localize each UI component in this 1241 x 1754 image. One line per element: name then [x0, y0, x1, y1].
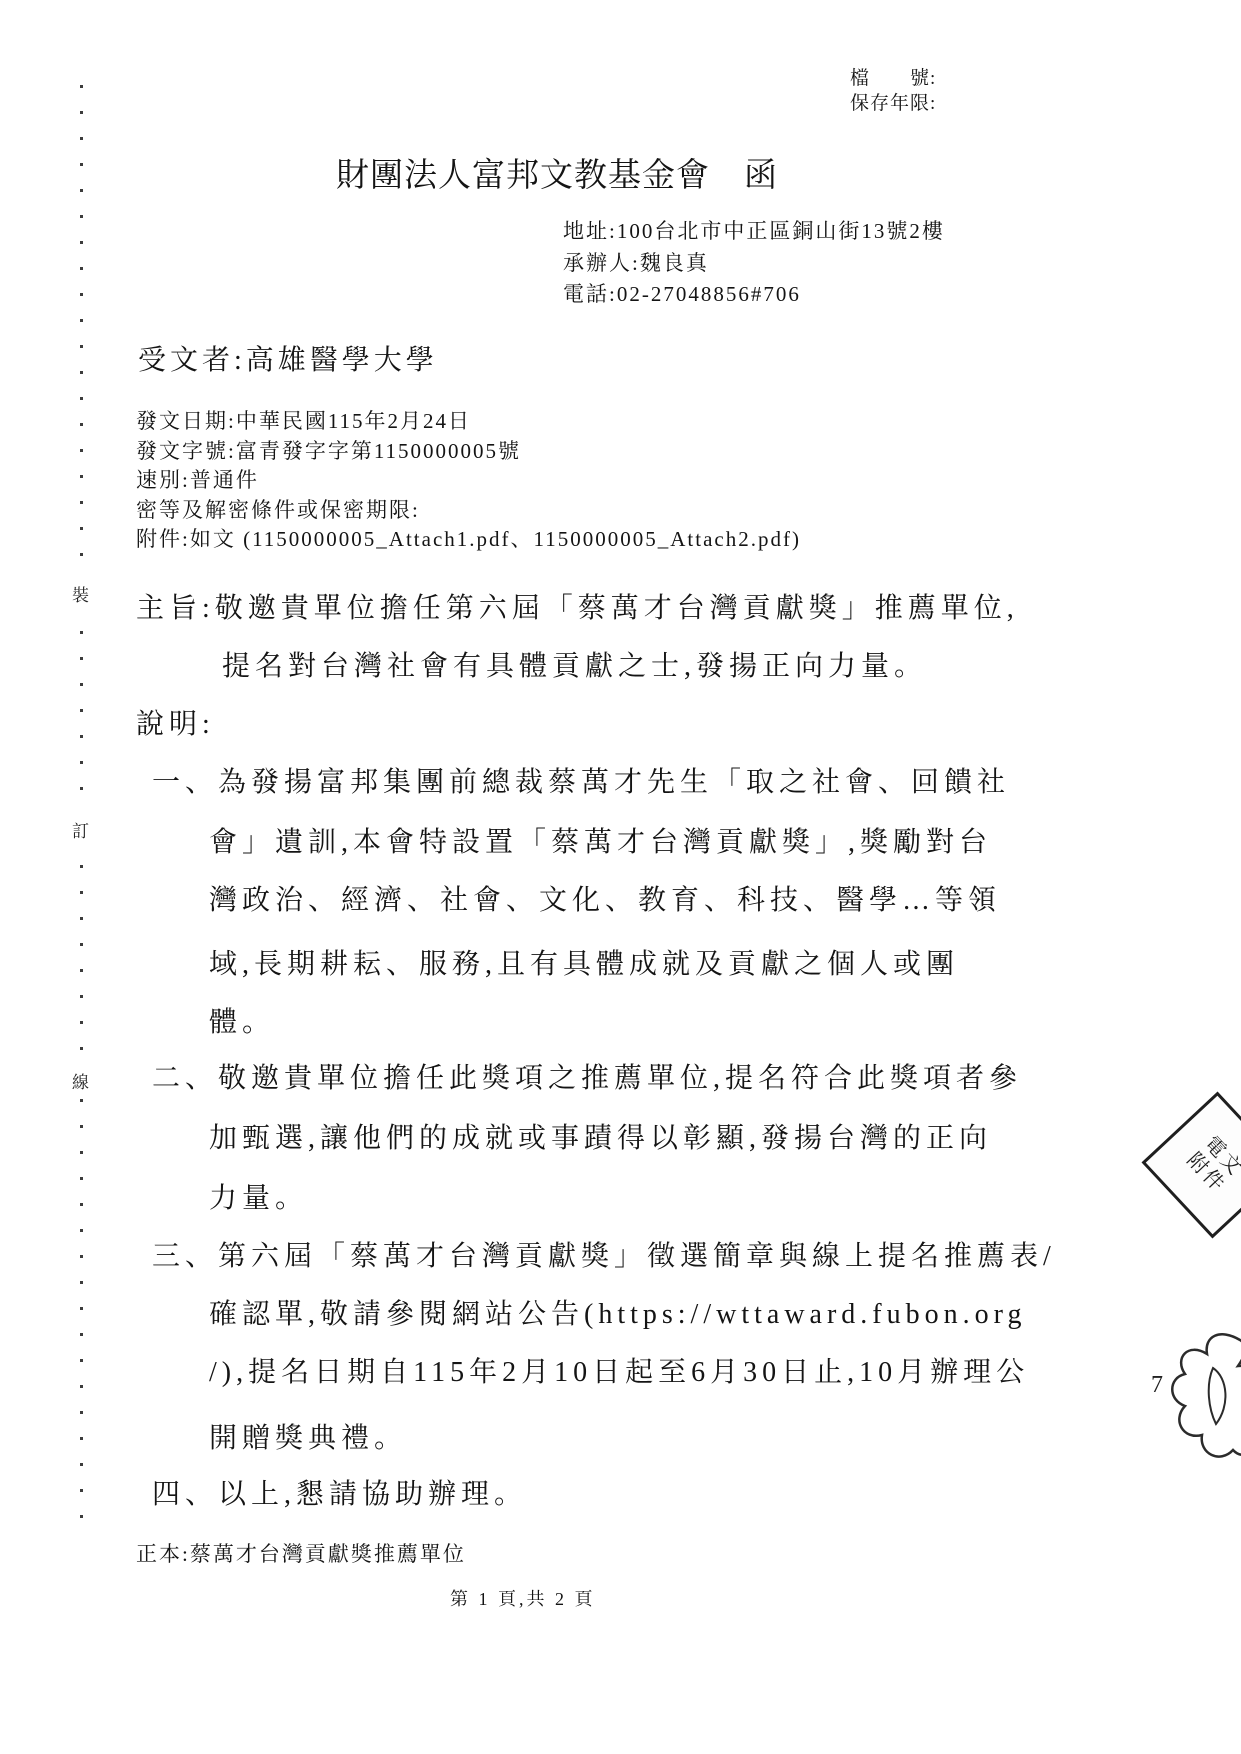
- binding-dotted-rule: [80, 85, 83, 1525]
- sender-info-block: 地址:100台北市中正區銅山街13號2樓 承辦人:魏良真 電話:02-27048…: [563, 216, 945, 311]
- page-footer: 第 1 頁,共 2 頁: [450, 1588, 596, 1611]
- recipient-line: 受文者:高雄醫學大學: [138, 343, 438, 378]
- sender-address: 地址:100台北市中正區銅山街13號2樓: [563, 216, 945, 248]
- item-2-line-1: 二、敬邀貴單位擔任此獎項之推薦單位,提名符合此獎項者參: [152, 1062, 1022, 1096]
- item-1-line-5: 體。: [209, 1006, 275, 1040]
- security-class: 密等及解密條件或保密期限:: [136, 496, 801, 526]
- attachment-line: 附件:如文 (1150000005_Attach1.pdf、1150000005…: [136, 525, 801, 555]
- document-title: 財團法人富邦文教基金會 函: [336, 156, 778, 197]
- copy-to-line: 正本:蔡萬才台灣貢獻獎推薦單位: [136, 1541, 466, 1567]
- handwritten-scribble-mark: [1168, 1328, 1241, 1468]
- receive-stamp: 電文 附件: [1142, 1092, 1241, 1239]
- item-4-line-1: 四、以上,懇請協助辦理。: [152, 1478, 527, 1512]
- handwritten-number: 7: [1151, 1372, 1163, 1399]
- binding-mark-ding: 訂: [70, 812, 91, 847]
- item-2-line-2: 加甄選,讓他們的成就或事蹟得以彰顯,發揚台灣的正向: [209, 1122, 992, 1156]
- explanation-label: 說明:: [136, 708, 215, 742]
- item-1-line-2: 會」遺訓,本會特設置「蔡萬才台灣貢獻獎」,獎勵對台: [209, 826, 992, 860]
- subject-line-2: 提名對台灣社會有具體貢獻之士,發揚正向力量。: [222, 650, 927, 684]
- speed-class: 速別:普通件: [136, 466, 801, 496]
- sender-phone: 電話:02-27048856#706: [563, 279, 945, 311]
- item-3-line-2: 確認單,敬請參閱網站公告(https://wttaward.fubon.org: [209, 1298, 1026, 1332]
- subject-line-1: 主旨:敬邀貴單位擔任第六屆「蔡萬才台灣貢獻獎」推薦單位,: [136, 592, 1019, 626]
- archive-label-block: 檔 號: 保存年限:: [850, 66, 936, 116]
- retention-period-label: 保存年限:: [850, 91, 936, 116]
- binding-mark-zhuang: 裝: [70, 576, 91, 611]
- item-1-line-3: 灣政治、經濟、社會、文化、教育、科技、醫學…等領: [209, 884, 1001, 918]
- item-1-line-4: 域,長期耕耘、服務,且有具體成就及貢獻之個人或團: [209, 948, 959, 982]
- item-1-line-1: 一、為發揚富邦集團前總裁蔡萬才先生「取之社會、回饋社: [152, 766, 1010, 800]
- sender-contact-person: 承辦人:魏良真: [563, 248, 945, 280]
- dispatch-meta-block: 發文日期:中華民國115年2月24日 發文字號:富青發字字第1150000005…: [136, 407, 801, 555]
- item-3-line-3: /),提名日期自115年2月10日起至6月30日止,10月辦理公: [209, 1356, 1029, 1390]
- item-3-line-4: 開贈獎典禮。: [209, 1422, 407, 1456]
- dispatch-number: 發文字號:富青發字字第1150000005號: [136, 437, 801, 467]
- item-2-line-3: 力量。: [209, 1182, 308, 1216]
- binding-mark-xian: 線: [70, 1063, 91, 1098]
- official-letter-page: 檔 號: 保存年限: 財團法人富邦文教基金會 函 地址:100台北市中正區銅山街…: [0, 0, 1241, 1754]
- item-3-line-1: 三、第六屆「蔡萬才台灣貢獻獎」徵選簡章與線上提名推薦表/: [152, 1240, 1056, 1274]
- file-number-label: 檔 號:: [850, 66, 936, 91]
- dispatch-date: 發文日期:中華民國115年2月24日: [136, 407, 801, 437]
